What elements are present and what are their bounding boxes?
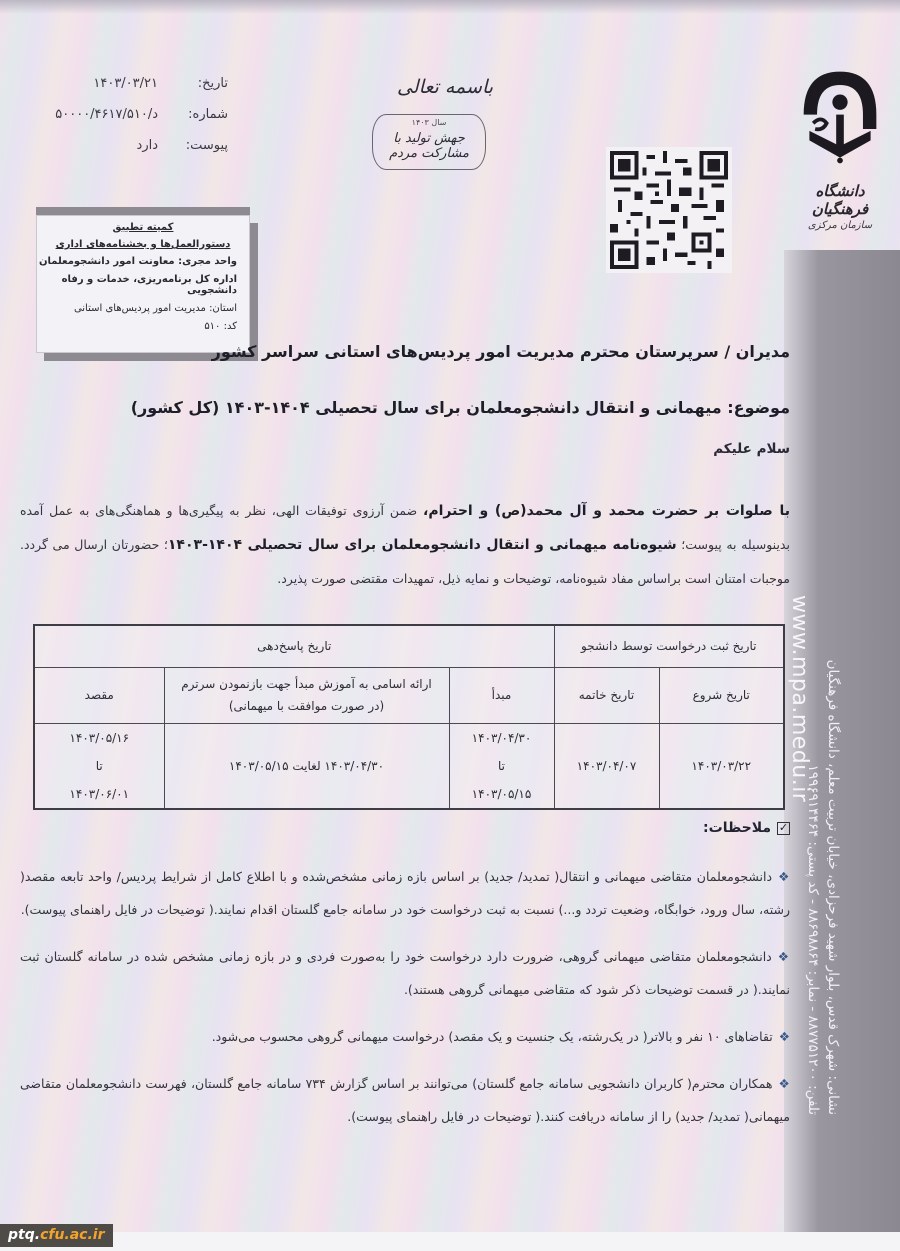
scan-bottom-edge — [0, 1232, 900, 1251]
body-paragraph: با صلوات بر حضرت محمد و آل محمد(ص) و احت… — [20, 494, 790, 596]
farhangian-emblem-icon — [792, 62, 888, 172]
letter-meta: تاریخ: ۱۴۰۳/۰۳/۲۱ شماره: د/۵۰۰۰۰/۴۶۱۷/۵۱… — [28, 68, 228, 161]
meta-number: شماره: د/۵۰۰۰۰/۴۶۱۷/۵۱۰ — [28, 99, 228, 130]
university-logo: دانشگاه فرهنگیان سازمان مرکزی — [790, 62, 890, 252]
col-start-date: تاریخ شروع — [659, 667, 784, 723]
compliance-stamp: کمیته تطبیق دستورالعمل‌ها و بخشنامه‌های … — [36, 215, 250, 353]
year-slogan-frame: سال ۱۴۰۳ جهش تولید با مشارکت مردم — [372, 114, 486, 170]
cell-origin: ۱۴۰۳/۰۴/۳۰ تا ۱۴۰۳/۰۵/۱۵ — [449, 723, 554, 809]
col-end-date: تاریخ خاتمه — [554, 667, 659, 723]
notes-heading: ✓ملاحظات: — [703, 820, 790, 836]
list-item: ❖دانشجومعلمان متقاضی میهمانی گروهی، ضرور… — [20, 940, 790, 1006]
diamond-bullet-icon: ❖ — [778, 949, 790, 964]
watermark-domain: cfu.ac.ir — [40, 1227, 104, 1243]
diamond-bullet-icon: ❖ — [778, 869, 790, 884]
stamp-unit: واحد مجری: معاونت امور دانشجومعلمان — [37, 256, 249, 267]
destination-to: ۱۴۰۳/۰۶/۰۱ — [35, 780, 164, 808]
destination-from: ۱۴۰۳/۰۵/۱۶ — [35, 724, 164, 752]
cell-destination: ۱۴۰۳/۰۵/۱۶ تا ۱۴۰۳/۰۶/۰۱ — [34, 723, 164, 809]
stamp-subtitle: دستورالعمل‌ها و بخشنامه‌های اداری — [37, 239, 249, 250]
col-origin: مبدأ — [449, 667, 554, 723]
destination-to-word: تا — [35, 752, 164, 780]
origin-to: ۱۴۰۳/۰۵/۱۵ — [450, 780, 554, 808]
stamp-code: کد: ۵۱۰ — [37, 321, 249, 332]
header-response: تاریخ پاسخ‌دهی — [34, 625, 554, 667]
watermark-prefix: ptq. — [8, 1227, 40, 1243]
notes-title: ملاحظات: — [703, 820, 771, 836]
table-column-header-row: تاریخ شروع تاریخ خاتمه مبدأ ارائه اسامی … — [34, 667, 784, 723]
scan-edge-shadow — [0, 0, 900, 14]
bismillah-heading: باسمه تعالی — [395, 76, 495, 98]
slogan-text: جهش تولید با مشارکت مردم — [373, 131, 485, 161]
meta-number-label: شماره: — [168, 107, 228, 122]
qr-code-icon — [610, 151, 728, 269]
qr-code — [606, 147, 732, 273]
col-destination: مقصد — [34, 667, 164, 723]
checkbox-checked-icon: ✓ — [777, 822, 790, 835]
meta-attachment-value: دارد — [28, 138, 168, 153]
university-name: دانشگاه فرهنگیان — [790, 182, 890, 218]
meta-date-value: ۱۴۰۳/۰۳/۲۱ — [28, 76, 168, 91]
cell-end-date: ۱۴۰۳/۰۴/۰۷ — [554, 723, 659, 809]
list-item: ❖همکاران محترم( کاربران دانشجویی سامانه … — [20, 1067, 790, 1133]
diamond-bullet-icon: ❖ — [779, 1076, 790, 1091]
stamp-title: کمیته تطبیق — [37, 222, 249, 233]
footer-website-link[interactable]: www.mpa.medu.ir — [789, 595, 809, 802]
col-submit-names-note: (در صورت موافقت با میهمانی) — [165, 695, 449, 717]
stamp-province: استان: مدیریت امور پردیس‌های استانی — [37, 303, 249, 314]
organization-name: سازمان مرکزی — [790, 220, 890, 231]
origin-from: ۱۴۰۳/۰۴/۳۰ — [450, 724, 554, 752]
meta-date-label: تاریخ: — [168, 76, 228, 91]
col-submit-names: ارائه اسامی به آموزش مبدأ جهت بازنمودن س… — [164, 667, 449, 723]
meta-attachment-label: پیوست: — [168, 138, 228, 153]
table-group-header-row: تاریخ ثبت درخواست توسط دانشجو تاریخ پاسخ… — [34, 625, 784, 667]
cell-start-date: ۱۴۰۳/۰۳/۲۲ — [659, 723, 784, 809]
cell-submit-names: ۱۴۰۳/۰۴/۳۰ لغایت ۱۴۰۳/۰۵/۱۵ — [164, 723, 449, 809]
origin-to-word: تا — [450, 752, 554, 780]
note-text: دانشجومعلمان متقاضی میهمانی گروهی، ضرورت… — [20, 949, 790, 997]
addressee: مدیران / سرپرستان محترم مدیریت امور پردی… — [212, 342, 790, 361]
notes-list: ❖دانشجومعلمان متقاضی میهمانی و انتقال( ت… — [20, 860, 790, 1147]
note-text: تقاضاهای ۱۰ نفر و بالاتر( در یک‌رشته، یک… — [212, 1029, 773, 1044]
schedule-table: تاریخ ثبت درخواست توسط دانشجو تاریخ پاسخ… — [33, 624, 785, 810]
col-submit-names-label: ارائه اسامی به آموزش مبدأ جهت بازنمودن س… — [165, 673, 449, 695]
list-item: ❖تقاضاهای ۱۰ نفر و بالاتر( در یک‌رشته، ی… — [20, 1020, 790, 1053]
greeting: سلام علیکم — [713, 441, 790, 457]
meta-date: تاریخ: ۱۴۰۳/۰۳/۲۱ — [28, 68, 228, 99]
list-item: ❖دانشجومعلمان متقاضی میهمانی و انتقال( ت… — [20, 860, 790, 926]
body-intro: با صلوات بر حضرت محمد و آل محمد(ص) و احت… — [423, 503, 790, 519]
table-row: ۱۴۰۳/۰۳/۲۲ ۱۴۰۳/۰۴/۰۷ ۱۴۰۳/۰۴/۳۰ تا ۱۴۰۳… — [34, 723, 784, 809]
note-text: همکاران محترم( کاربران دانشجویی سامانه ج… — [20, 1076, 790, 1124]
header-registration: تاریخ ثبت درخواست توسط دانشجو — [554, 625, 784, 667]
source-watermark[interactable]: ptq.cfu.ac.ir — [0, 1224, 113, 1247]
meta-attachment: پیوست: دارد — [28, 130, 228, 161]
subject-line: موضوع: میهمانی و انتقال دانشجومعلمان برا… — [131, 398, 790, 417]
footer-address: نشانی: شهرک قدس، بلوار شهید فرحزادی، خیا… — [823, 295, 843, 1115]
letter-page: تاریخ: ۱۴۰۳/۰۳/۲۱ شماره: د/۵۰۰۰۰/۴۶۱۷/۵۱… — [0, 0, 900, 1251]
diamond-bullet-icon: ❖ — [779, 1029, 790, 1044]
meta-number-value: د/۵۰۰۰۰/۴۶۱۷/۵۱۰ — [28, 107, 168, 122]
stamp-department: اداره کل برنامه‌ریزی، خدمات و رفاه دانشج… — [37, 274, 249, 296]
note-text: دانشجومعلمان متقاضی میهمانی و انتقال( تم… — [20, 869, 790, 917]
body-attachment-title: شیوه‌نامه میهمانی و انتقال دانشجومعلمان … — [168, 537, 677, 553]
slogan-year: سال ۱۴۰۳ — [373, 118, 485, 127]
